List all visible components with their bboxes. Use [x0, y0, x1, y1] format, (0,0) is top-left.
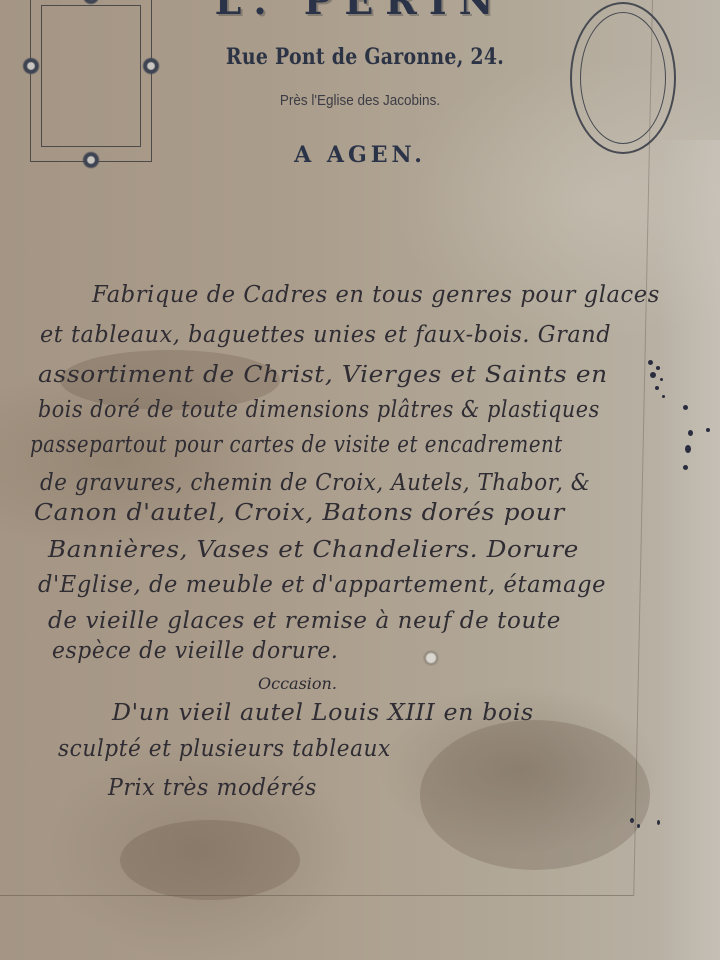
occasion-line: sculpté et plusieurs tableaux: [58, 736, 391, 762]
rosette-ornament-icon: [82, 151, 100, 169]
occasion-heading: Occasion.: [258, 674, 337, 693]
occasion-line: Prix très modérés: [108, 775, 317, 801]
body-line: Bannières, Vases et Chandeliers. Dorure: [48, 537, 579, 563]
rosette-ornament-icon: [142, 57, 160, 75]
body-line: de vieille glaces et remise à neuf de to…: [48, 608, 561, 634]
body-line: assortiment de Christ, Vierges et Saints…: [38, 362, 608, 388]
body-line: Canon d'autel, Croix, Batons dorés pour: [34, 500, 565, 526]
rectangular-ornamental-frame: [30, 0, 152, 162]
water-stain: [420, 720, 650, 870]
body-line: d'Eglise, de meuble et d'appartement, ét…: [38, 572, 606, 598]
body-line: passepartout pour cartes de visite et en…: [30, 432, 563, 458]
small-flourish-ornament-icon: [422, 650, 440, 666]
backing-paper-edge: [660, 140, 720, 960]
body-line: Fabrique de Cadres en tous genres pour g…: [92, 282, 660, 308]
landmark-text: Près l'Eglise des Jacobins.: [243, 92, 477, 109]
body-line: et tableaux, baguettes unies et faux-boi…: [40, 322, 611, 348]
rosette-ornament-icon: [22, 57, 40, 75]
merchant-name: L. PERIN: [0, 0, 720, 23]
street-address: Rue Pont de Garonne, 24.: [210, 44, 520, 70]
city-name: A AGEN.: [260, 142, 460, 168]
frame-inner-border: [41, 5, 141, 147]
body-line: espèce de vieille dorure.: [52, 638, 338, 664]
body-line: de gravures, chemin de Croix, Autels, Th…: [40, 470, 590, 496]
oval-ornamental-frame: [570, 2, 676, 154]
body-line: bois doré de toute dimensions plâtres & …: [38, 397, 600, 423]
water-stain: [120, 820, 300, 900]
oval-inner-border: [580, 12, 666, 144]
occasion-line: D'un vieil autel Louis XIII en bois: [112, 700, 534, 726]
